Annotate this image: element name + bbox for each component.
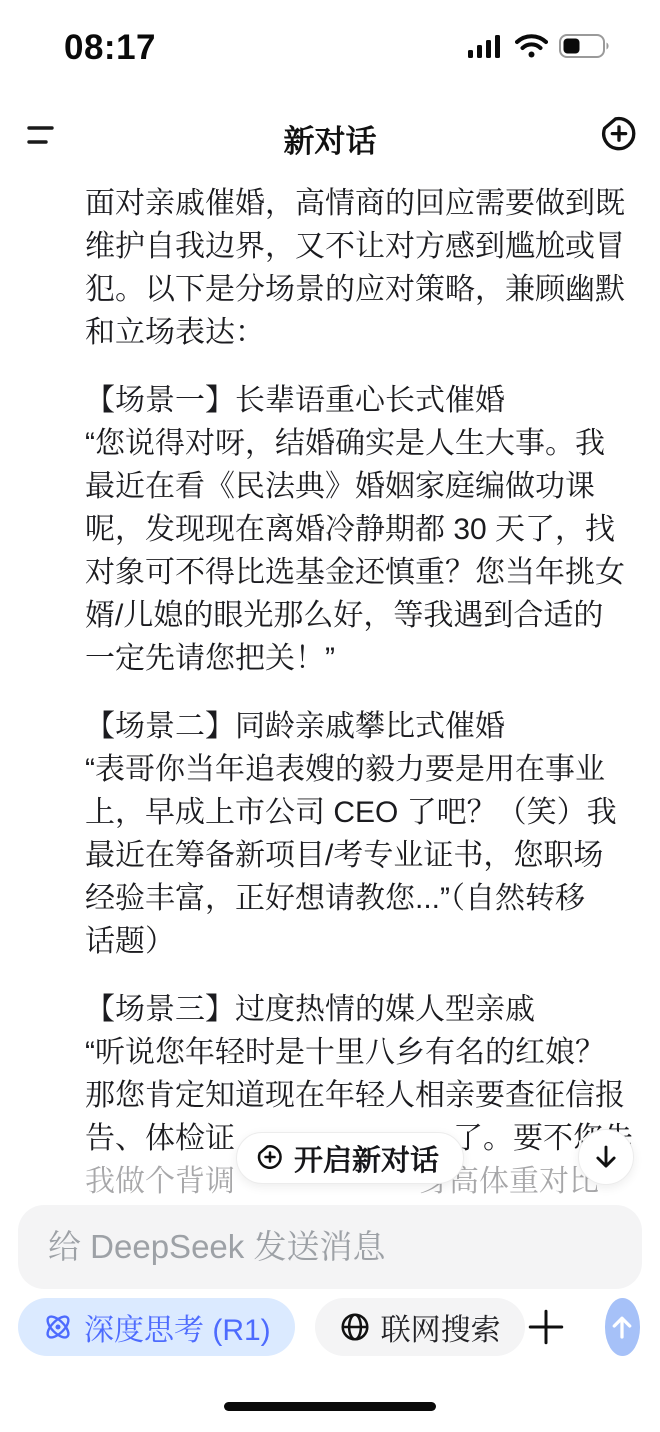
arrow-up-icon: [607, 1312, 637, 1342]
message-line: 经验丰富，正好想请教您...”（自然转移: [85, 877, 633, 920]
wifi-icon: [515, 34, 548, 58]
message-paragraph: 【场景一】长辈语重心长式催婚“您说得对呀，结婚确实是人生大事。我最近在看《民法典…: [85, 379, 633, 680]
message-line: 那您肯定知道现在年轻人相亲要查征信报: [85, 1074, 633, 1117]
message-line: 对象可不得比选基金还慎重？您当年挑女: [85, 551, 633, 594]
faded-fragment-left: 我做个背调: [85, 1160, 235, 1195]
new-chat-icon[interactable]: [598, 114, 640, 156]
message-input[interactable]: [18, 1205, 642, 1289]
header: 新对话: [0, 104, 660, 168]
status-icons: [468, 34, 610, 58]
send-button[interactable]: [605, 1298, 640, 1356]
message-paragraphs: 面对亲戚催婚，高情商的回应需要做到既维护自我边界，又不让对方感到尴尬或冒犯。以下…: [85, 182, 633, 1117]
status-bar: 08:17: [0, 0, 660, 80]
message-line: 最近在看《民法典》婚姻家庭编做功课: [85, 465, 633, 508]
message-input-container: [18, 1205, 642, 1289]
scroll-to-bottom-button[interactable]: [578, 1129, 634, 1185]
start-new-chat-label: 开启新对话: [294, 1138, 439, 1179]
message-line: 上，早成上市公司 CEO 了吧？（笑）我: [85, 791, 633, 834]
home-indicator: [224, 1402, 436, 1411]
composer-toolbar: 深度思考 (R1) 联网搜索: [18, 1298, 640, 1356]
attach-plus-button[interactable]: [525, 1305, 567, 1349]
message-line: 【场景三】过度热情的媒人型亲戚: [85, 988, 633, 1031]
web-search-toggle[interactable]: 联网搜索: [315, 1298, 525, 1356]
clipped-fragment-left: 告、体检证: [85, 1117, 235, 1160]
cellular-signal-icon: [468, 34, 504, 58]
chat-bubble-plus-icon: [255, 1143, 285, 1173]
message-line: “表哥你当年追表嫂的毅力要是用在事业: [85, 748, 633, 791]
deep-think-toggle[interactable]: 深度思考 (R1): [18, 1298, 295, 1356]
web-search-label: 联网搜索: [381, 1305, 501, 1349]
message-paragraph: 【场景二】同龄亲戚攀比式催婚“表哥你当年追表嫂的毅力要是用在事业上，早成上市公司…: [85, 705, 633, 963]
message-line: “您说得对呀，结婚确实是人生大事。我: [85, 422, 633, 465]
message-line: 呢，发现现在离婚冷静期都 30 天了，找: [85, 508, 633, 551]
message-line: 一定先请您把关！”: [85, 637, 633, 680]
message-line: 面对亲戚催婚，高情商的回应需要做到既: [85, 182, 633, 225]
message-paragraph: 面对亲戚催婚，高情商的回应需要做到既维护自我边界，又不让对方感到尴尬或冒犯。以下…: [85, 182, 633, 354]
arrow-down-icon: [591, 1142, 621, 1172]
assistant-message: 面对亲戚催婚，高情商的回应需要做到既维护自我边界，又不让对方感到尴尬或冒犯。以下…: [85, 182, 633, 1195]
message-line: 话题）: [85, 920, 633, 963]
deep-think-label: 深度思考 (R1): [84, 1305, 271, 1349]
message-line: 维护自我边界，又不让对方感到尴尬或冒: [85, 225, 633, 268]
message-line: 最近在筹备新项目/考专业证书，您职场: [85, 834, 633, 877]
page-title: 新对话: [0, 116, 660, 161]
message-line: 犯。以下是分场景的应对策略，兼顾幽默: [85, 268, 633, 311]
globe-icon: [339, 1311, 371, 1343]
message-paragraph: 【场景三】过度热情的媒人型亲戚“听说您年轻时是十里八乡有名的红娘？那您肯定知道现…: [85, 988, 633, 1117]
message-line: 婿/儿媳的眼光那么好，等我遇到合适的: [85, 594, 633, 637]
message-line: “听说您年轻时是十里八乡有名的红娘？: [85, 1031, 633, 1074]
atom-icon: [42, 1311, 74, 1343]
message-line: 【场景一】长辈语重心长式催婚: [85, 379, 633, 422]
message-line: 和立场表达：: [85, 311, 633, 354]
start-new-chat-button[interactable]: 开启新对话: [236, 1132, 464, 1184]
status-time: 08:17: [64, 28, 156, 68]
message-line: 【场景二】同龄亲戚攀比式催婚: [85, 705, 633, 748]
battery-icon: [559, 34, 610, 58]
